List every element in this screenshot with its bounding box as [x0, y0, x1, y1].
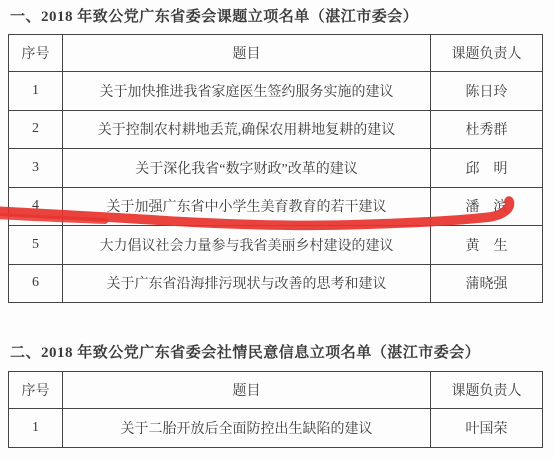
topic-title: 关于深化我省“数字财政”改革的建议 [63, 149, 431, 188]
table-row-highlighted: 4关于加强广东省中小学生美育教育的若干建议潘 滨 [9, 187, 543, 226]
row-number: 4 [9, 187, 63, 226]
section2-table: 序号 题目 课题负责人 1关于二胎开放后全面防控出生缺陷的建议叶国荣 [8, 371, 543, 448]
topic-owner: 蒲晓强 [431, 264, 543, 303]
row-number: 1 [9, 409, 63, 448]
row-number: 2 [9, 110, 63, 149]
section1-title: 一、2018 年致公党广东省委会课题立项名单（湛江市委会） [10, 5, 418, 26]
row-number: 6 [9, 264, 63, 303]
topic-owner: 潘 滨 [431, 187, 543, 226]
table-header-row: 序号 题目 课题负责人 [9, 372, 543, 409]
topic-owner: 叶国荣 [431, 409, 543, 448]
col-header-owner: 课题负责人 [431, 372, 543, 409]
col-header-title: 题目 [63, 372, 431, 409]
topic-title: 关于广东省沿海排污现状与改善的思考和建议 [63, 264, 431, 303]
document-page: 一、2018 年致公党广东省委会课题立项名单（湛江市委会） 序号 题目 课题负责… [0, 0, 554, 458]
topic-owner: 邱 明 [431, 149, 543, 188]
table-row: 6关于广东省沿海排污现状与改善的思考和建议蒲晓强 [9, 264, 543, 303]
table-header-row: 序号 题目 课题负责人 [9, 35, 543, 72]
table-row: 1关于加快推进我省家庭医生签约服务实施的建议陈日玲 [9, 72, 543, 111]
col-header-no: 序号 [9, 35, 63, 72]
topic-owner: 黄 生 [431, 226, 543, 265]
topic-title: 大力倡议社会力量参与我省美丽乡村建设的建议 [63, 226, 431, 265]
topic-title: 关于加强广东省中小学生美育教育的若干建议 [63, 187, 431, 226]
col-header-owner: 课题负责人 [431, 35, 543, 72]
table-row: 3关于深化我省“数字财政”改革的建议邱 明 [9, 149, 543, 188]
row-number: 1 [9, 72, 63, 111]
row-number: 5 [9, 226, 63, 265]
col-header-no: 序号 [9, 372, 63, 409]
topic-title: 关于控制农村耕地丢荒,确保农用耕地复耕的建议 [63, 110, 431, 149]
topic-title: 关于加快推进我省家庭医生签约服务实施的建议 [63, 72, 431, 111]
table-row: 1关于二胎开放后全面防控出生缺陷的建议叶国荣 [9, 409, 543, 448]
section1-table: 序号 题目 课题负责人 1关于加快推进我省家庭医生签约服务实施的建议陈日玲2关于… [8, 34, 543, 303]
table-row: 2关于控制农村耕地丢荒,确保农用耕地复耕的建议杜秀群 [9, 110, 543, 149]
row-number: 3 [9, 149, 63, 188]
table-row: 5大力倡议社会力量参与我省美丽乡村建设的建议黄 生 [9, 226, 543, 265]
topic-owner: 杜秀群 [431, 110, 543, 149]
topic-title: 关于二胎开放后全面防控出生缺陷的建议 [63, 409, 431, 448]
col-header-title: 题目 [63, 35, 431, 72]
section2-title: 二、2018 年致公党广东省委会社情民意信息立项名单（湛江市委会） [10, 341, 480, 362]
topic-owner: 陈日玲 [431, 72, 543, 111]
